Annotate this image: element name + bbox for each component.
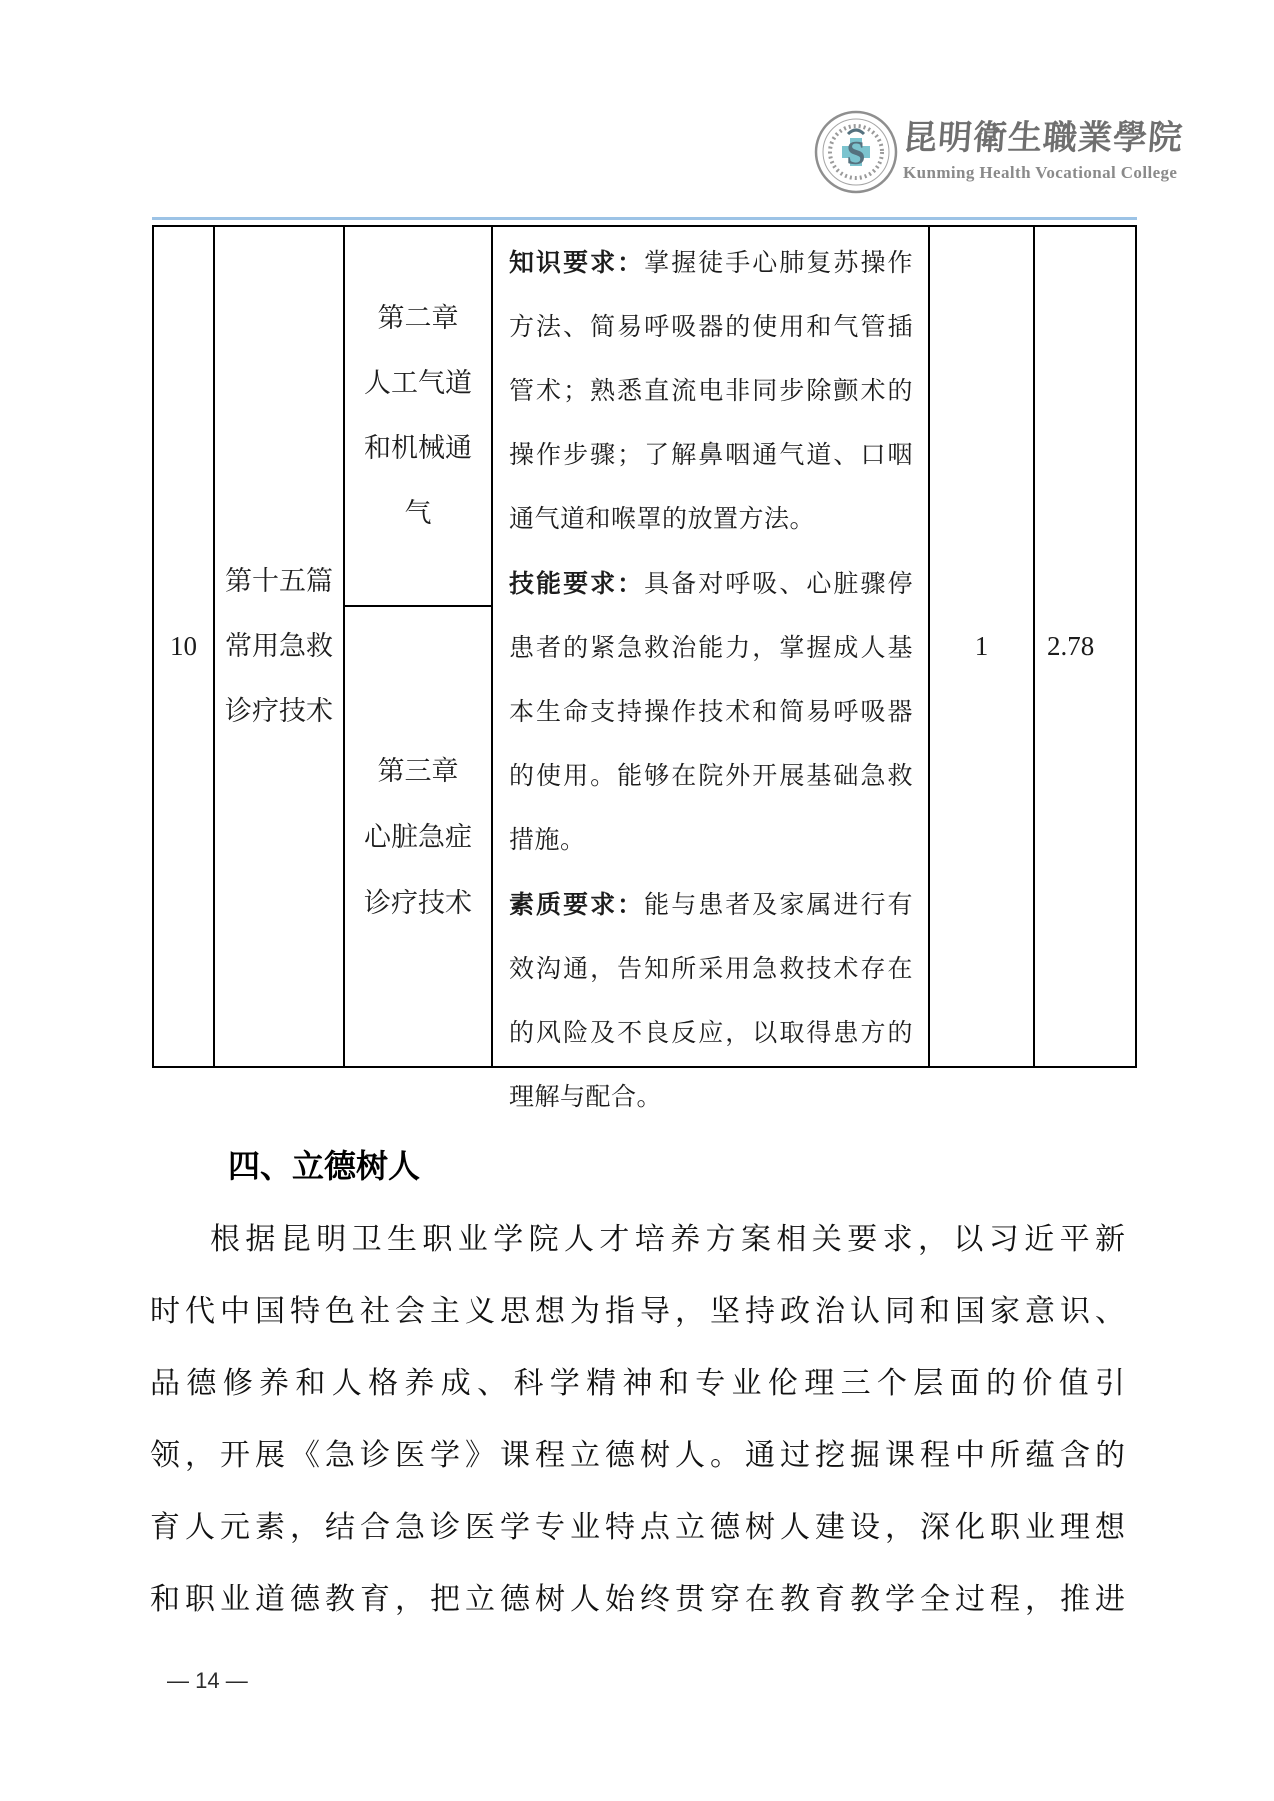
requirement-text: 能与患者及家属进行有效沟通，告知所采用急救技术存在的风险及不良反应，以取得患方的… [509,892,913,1111]
paragraph-line: 时代中国特色社会主义思想为指导，坚持政治认同和国家意识、 [150,1276,1125,1348]
chapter-line: 和机械通 [364,416,472,481]
body-paragraph: 根据昆明卫生职业学院人才培养方案相关要求，以习近平新 时代中国特色社会主义思想为… [150,1204,1125,1636]
section-title-line: 第十五篇 [225,549,333,614]
requirement-label: 知识要求： [509,249,644,277]
table-cell-requirements: 知识要求：掌握徒手心肺复苏操作方法、简易呼吸器的使用和气管插管术；熟悉直流电非同… [493,227,930,1066]
requirement-label: 素质要求： [509,891,644,919]
table-cell-row-number: 10 [154,227,215,1066]
paragraph-line: 领，开展《急诊医学》课程立德树人。通过挖掘课程中所蕴含的 [150,1420,1125,1492]
table-cell-chapter-2: 第二章 人工气道 和机械通 气 [345,227,493,607]
curriculum-table: 10 第十五篇 常用急救 诊疗技术 第二章 人工气道 和机械通 气 第三章 心脏… [152,225,1137,1068]
table-cell-credit: 1 [930,227,1035,1066]
paragraph-line: 和职业道德教育，把立德树人始终贯穿在教育教学全过程，推进 [150,1564,1125,1636]
requirement-text: 掌握徒手心肺复苏操作方法、简易呼吸器的使用和气管插管术；熟悉直流电非同步除颤术的… [509,250,913,533]
college-name-block: 昆明衛生職業學院 Kunming Health Vocational Colle… [903,116,1203,184]
section-heading: 四、立德树人 [228,1146,420,1186]
chapter-line: 心脏急症 [364,804,472,870]
requirement-text: 具备对呼吸、心脏骤停患者的紧急救治能力，掌握成人基本生命支持操作技术和简易呼吸器… [509,571,913,854]
table-cell-hours-ratio: 2.78 [1035,227,1135,1066]
page-number: — 14 — [167,1668,248,1694]
chapter-line: 诊疗技术 [364,870,472,936]
paragraph-line: 品德修养和人格养成、科学精神和专业伦理三个层面的价值引 [150,1348,1125,1420]
chapter-line: 气 [405,481,432,546]
requirement-label: 技能要求： [509,570,644,598]
header-divider-rule [152,217,1137,220]
table-cell-section-title: 第十五篇 常用急救 诊疗技术 [215,227,345,1066]
chapter-line: 第三章 [378,738,459,804]
college-name-zh: 昆明衛生職業學院 [901,116,1204,162]
paragraph-line: 育人元素，结合急诊医学专业特点立德树人建设，深化职业理想 [150,1492,1125,1564]
chapter-line: 人工气道 [364,351,472,416]
skill-requirement: 技能要求：具备对呼吸、心脏骤停患者的紧急救治能力，掌握成人基本生命支持操作技术和… [509,552,913,873]
quality-requirement: 素质要求：能与患者及家属进行有效沟通，告知所采用急救技术存在的风险及不良反应，以… [509,873,913,1130]
knowledge-requirement: 知识要求：掌握徒手心肺复苏操作方法、简易呼吸器的使用和气管插管术；熟悉直流电非同… [509,231,913,552]
table-cell-chapter-3: 第三章 心脏急症 诊疗技术 [345,607,493,1066]
svg-text:S: S [847,135,866,172]
section-title-line: 常用急救 [225,614,333,679]
college-seal-icon: S [814,110,898,194]
college-name-en: Kunming Health Vocational College [903,162,1203,184]
chapter-line: 第二章 [378,286,459,351]
paragraph-line: 根据昆明卫生职业学院人才培养方案相关要求，以习近平新 [150,1204,1125,1276]
section-title-line: 诊疗技术 [225,679,333,744]
document-page: S 昆明衛生職業學院 Kunming Health Vocational Col… [0,0,1274,1801]
college-seal-logo: S [814,110,898,194]
